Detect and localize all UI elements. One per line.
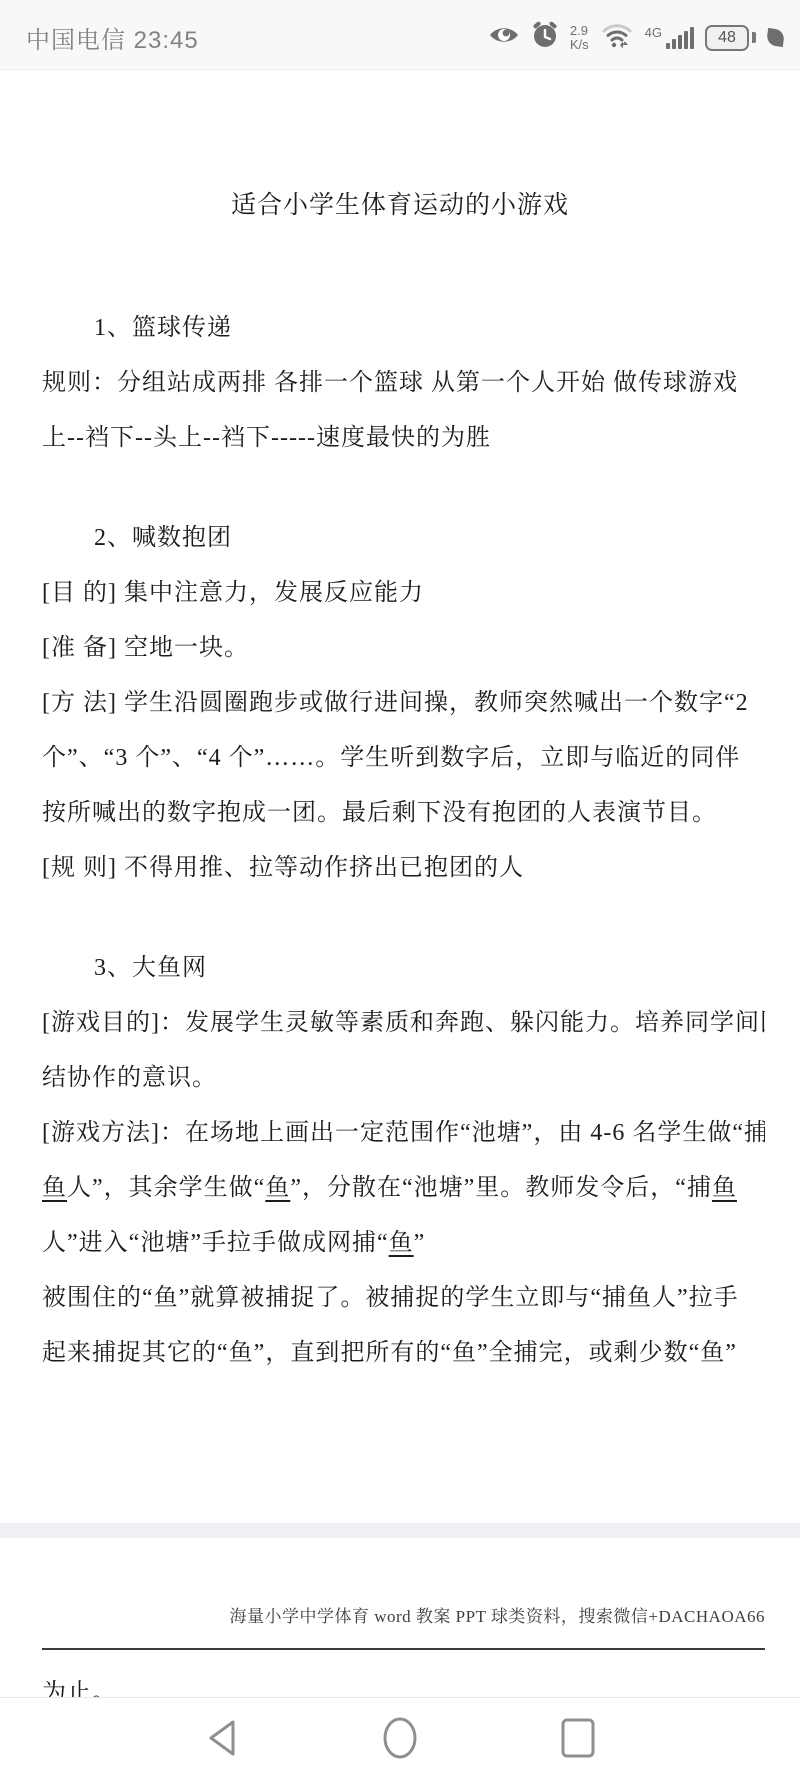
alarm-icon	[531, 21, 559, 54]
doc-line: 被围住的“鱼”就算被捕捉了。被捕捉的学生立即与“捕鱼人”拉手	[42, 1271, 765, 1326]
doc-line: 上--裆下--头上--裆下-----速度最快的为胜	[42, 411, 765, 466]
document-title: 适合小学生体育运动的小游戏	[0, 185, 800, 221]
doc-line: 人”进入“池塘”手拉手做成网捕“鱼”	[42, 1216, 765, 1271]
wifi-icon	[600, 21, 634, 54]
recents-icon[interactable]	[558, 1716, 598, 1760]
document-page-1: 1、篮球传递规则：分组站成两排 各排一个篮球 从第一个人开始 做传球游戏 头上-…	[0, 301, 800, 1381]
battery-icon: 48	[705, 25, 756, 51]
doc-line: [目 的] 集中注意力，发展反应能力	[42, 566, 765, 621]
doc-line: 规则：分组站成两排 各排一个篮球 从第一个人开始 做传球游戏 头	[42, 356, 765, 411]
carrier-time-label: 中国电信 23:45	[26, 20, 199, 55]
status-bar: 中国电信 23:45 2.9 K/s	[0, 0, 800, 70]
page-break-gap	[0, 1523, 800, 1538]
home-icon[interactable]	[380, 1716, 420, 1760]
doc-line: 结协作的意识。	[42, 1051, 765, 1106]
doc-line: [准 备] 空地一块。	[42, 621, 765, 676]
page-header-note: 海量小学中学体育 word 教案 PPT 球类资料，搜索微信+DACHAOA66	[0, 1602, 800, 1627]
document-page-2: 海量小学中学体育 word 教案 PPT 球类资料，搜索微信+DACHAOA66…	[0, 1538, 800, 1721]
doc-line: [游戏方法]：在场地上画出一定范围作“池塘”，由 4-6 名学生做“捕	[42, 1106, 765, 1161]
doc-line: [规 则] 不得用推、拉等动作挤出已抱团的人	[42, 841, 765, 896]
doc-line: 按所喊出的数字抱成一团。最后剩下没有抱团的人表演节目。	[42, 786, 765, 841]
doc-line: [游戏目的]：发展学生灵敏等素质和奔跑、躲闪能力。培养同学间团	[42, 996, 765, 1051]
eye-protection-icon	[488, 24, 520, 51]
signal-bars-icon: 4G	[645, 27, 694, 49]
section-heading: 3、大鱼网	[42, 941, 765, 996]
doc-line: [方 法] 学生沿圆圈跑步或做行进间操，教师突然喊出一个数字“2	[42, 676, 765, 731]
section-heading: 1、篮球传递	[42, 301, 765, 356]
doc-line: 个”、“3 个”、“4 个”……。学生听到数字后，立即与临近的同伴	[42, 731, 765, 786]
network-type-label: 4G	[645, 27, 662, 39]
document-viewer: 适合小学生体育运动的小游戏 1、篮球传递规则：分组站成两排 各排一个篮球 从第一…	[0, 185, 800, 1721]
speed-value: 2.9	[570, 24, 589, 38]
doc-line: 鱼人”，其余学生做“鱼”，分散在“池塘”里。教师发令后，“捕鱼	[42, 1161, 765, 1216]
page-1-bottom-margin	[0, 1381, 800, 1523]
power-saving-leaf-icon	[766, 28, 785, 47]
section-heading: 2、喊数抱团	[42, 511, 765, 566]
back-icon[interactable]	[202, 1716, 242, 1760]
status-icons: 2.9 K/s 4G 48	[488, 21, 784, 54]
battery-percent-label: 48	[705, 25, 749, 51]
network-speed: 2.9 K/s	[570, 24, 589, 52]
doc-line: 起来捕捉其它的“鱼”，直到把所有的“鱼”全捕完，或剩少数“鱼”	[42, 1326, 765, 1381]
speed-unit: K/s	[570, 38, 589, 52]
android-nav-bar	[0, 1697, 800, 1778]
